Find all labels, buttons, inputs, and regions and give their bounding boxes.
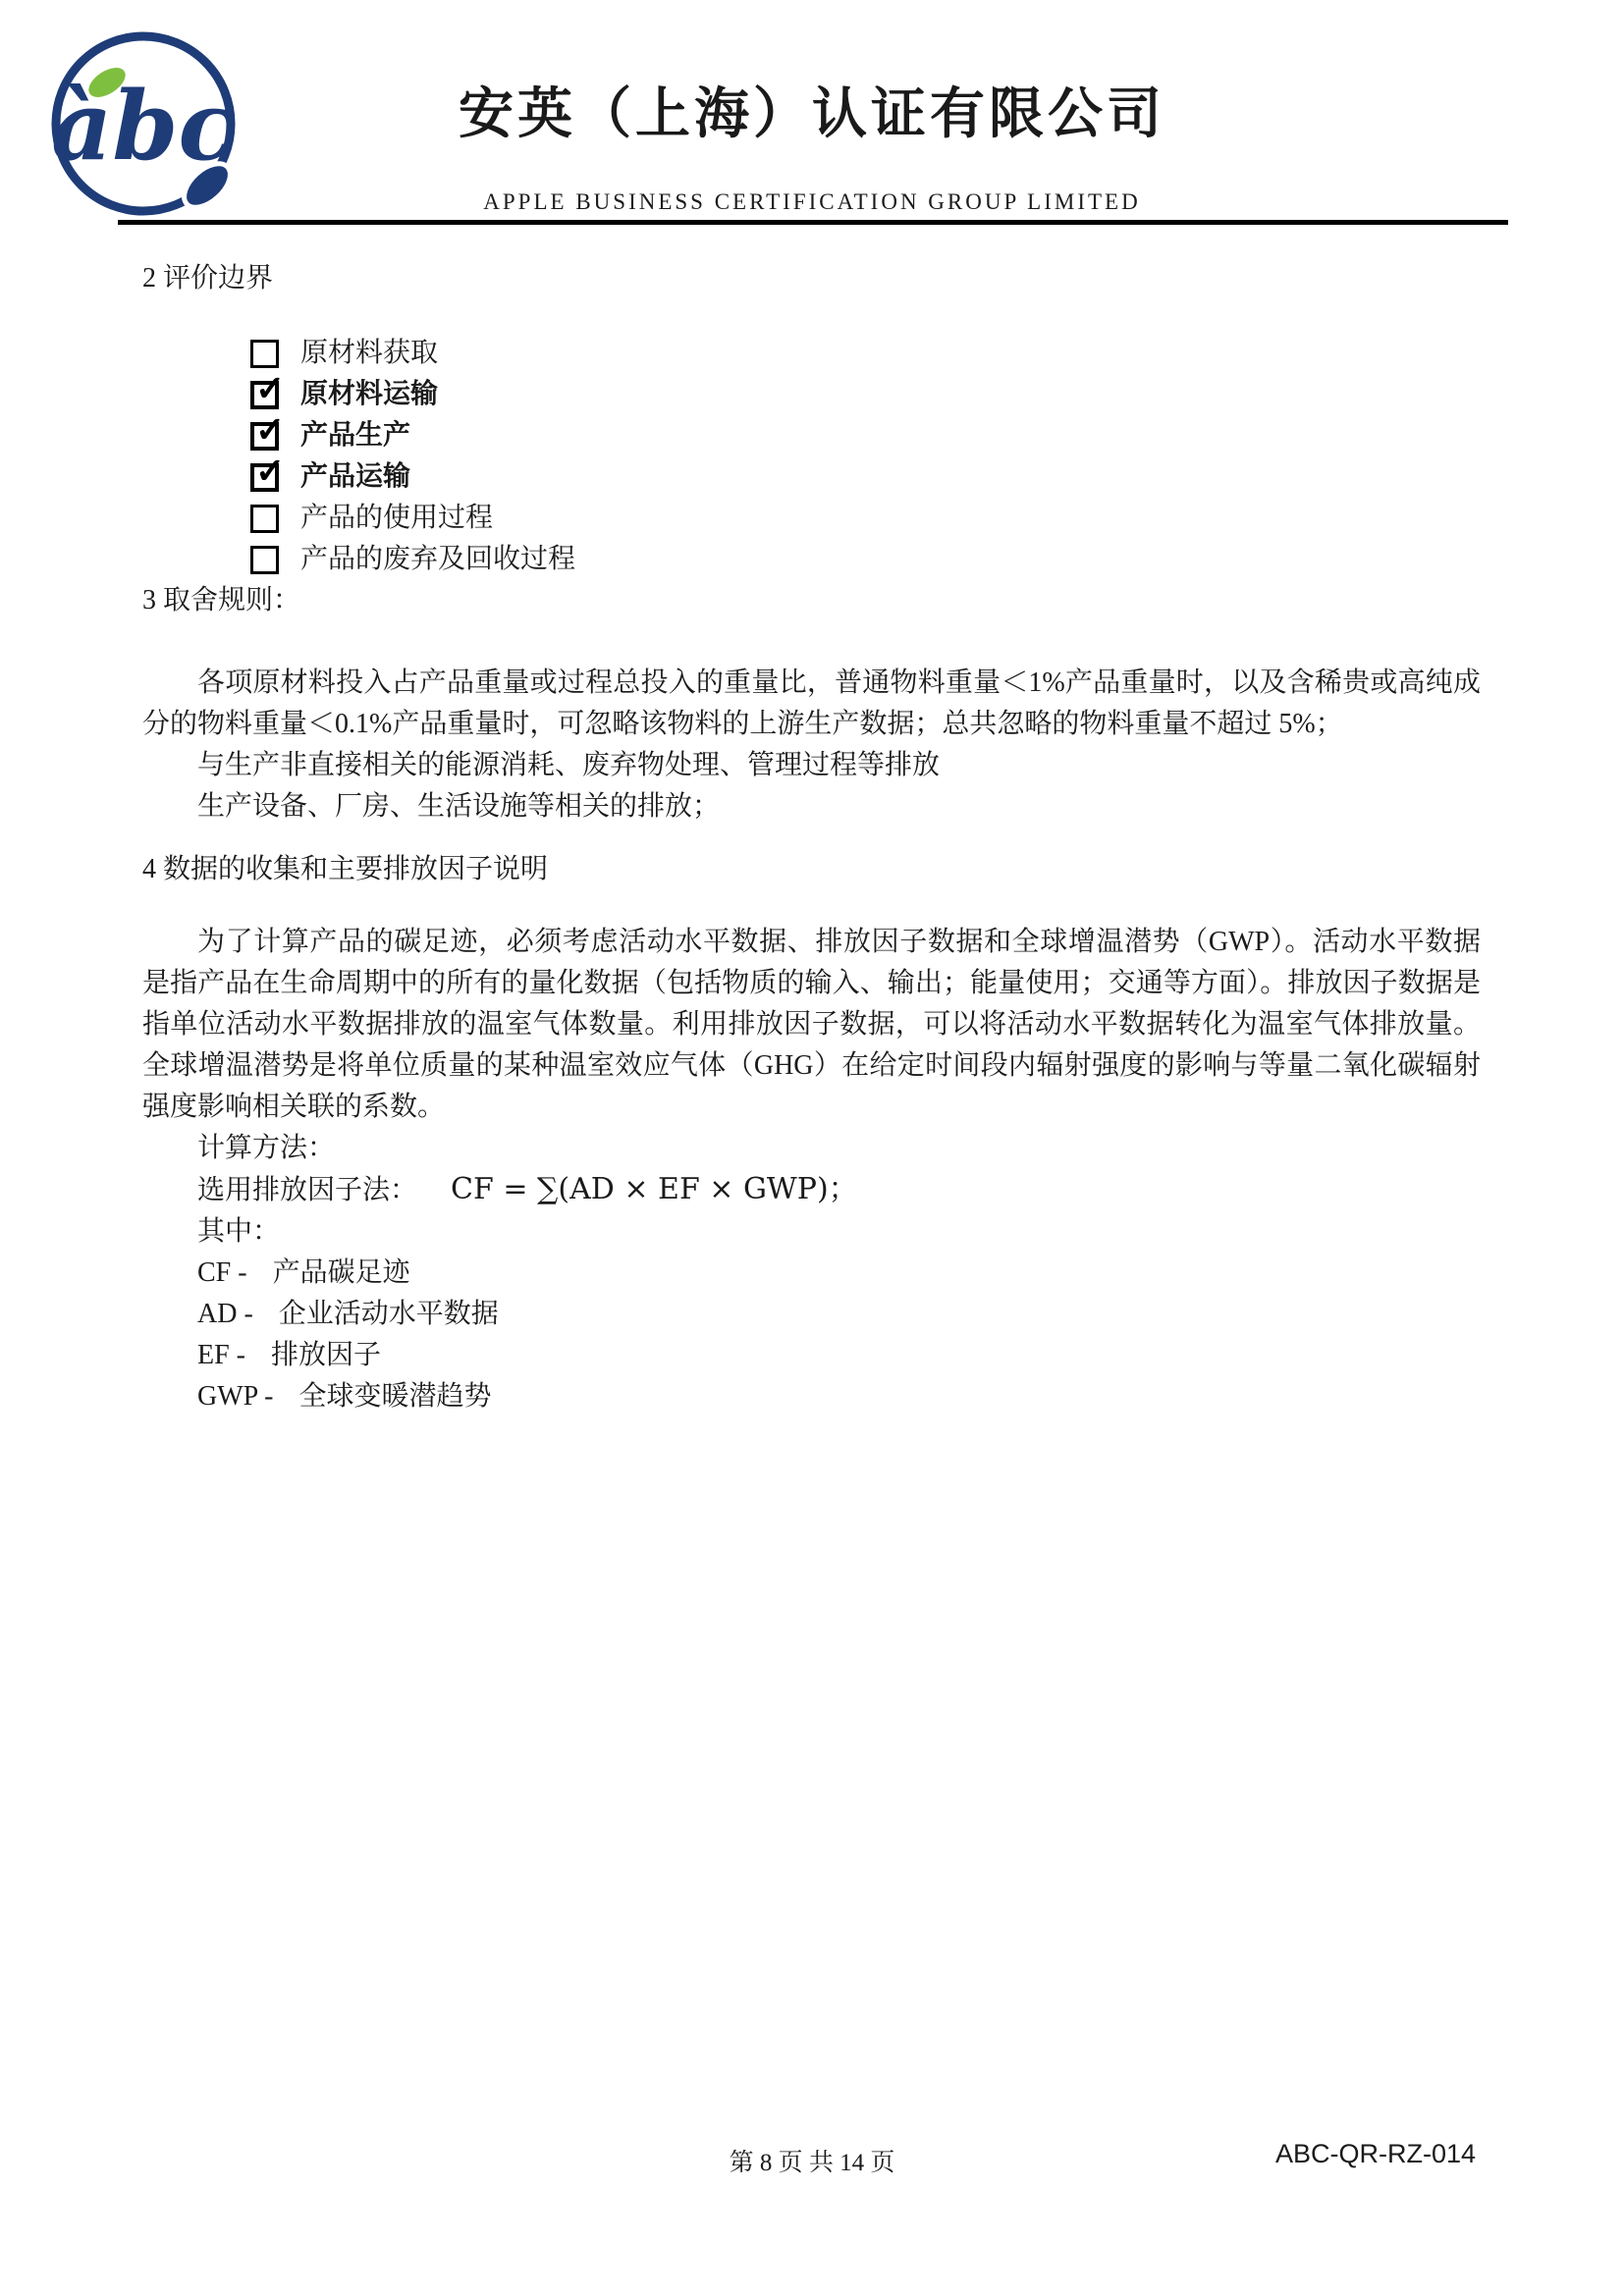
formula-method-label: 选用排放因子法： bbox=[197, 1175, 417, 1205]
checkbox-icon bbox=[250, 463, 279, 492]
checkbox-raw-material-acquisition[interactable]: 原材料获取 bbox=[250, 333, 1481, 374]
evaluation-boundary-checklist: 原材料获取 原材料运输 产品生产 产品运输 产品的使用过程 产品的废弃及回收过程 bbox=[142, 333, 1481, 580]
company-name-chinese: 安英（上海）认证有限公司 bbox=[0, 71, 1624, 149]
definition-desc: 排放因子 bbox=[271, 1340, 381, 1370]
section-4-heading: 4 数据的收集和主要排放因子说明 bbox=[142, 849, 1481, 890]
definition-cf: CF -产品碳足迹 bbox=[142, 1253, 1481, 1294]
checkbox-product-transport[interactable]: 产品运输 bbox=[250, 456, 1481, 498]
checkbox-product-use-process[interactable]: 产品的使用过程 bbox=[250, 498, 1481, 539]
definition-ef: EF -排放因子 bbox=[142, 1335, 1481, 1376]
checkbox-label: 产品的使用过程 bbox=[300, 498, 493, 539]
emission-factor-formula-line: 选用排放因子法：CF = ∑(AD × EF × GWP)； bbox=[142, 1169, 1481, 1211]
checkbox-icon bbox=[250, 505, 279, 533]
company-name-english: APPLE BUSINESS CERTIFICATION GROUP LIMIT… bbox=[0, 189, 1624, 215]
checkbox-label: 原材料获取 bbox=[300, 333, 438, 374]
definition-desc: 全球变暖潜趋势 bbox=[299, 1381, 492, 1412]
carbon-footprint-formula: CF = ∑(AD × EF × GWP)； bbox=[451, 1172, 858, 1206]
definition-term: CF - bbox=[197, 1257, 247, 1288]
document-body: 2 评价边界 原材料获取 原材料运输 产品生产 产品运输 产品的使用过程 bbox=[142, 240, 1481, 1417]
checkbox-label: 产品运输 bbox=[300, 456, 410, 498]
definition-term: GWP - bbox=[197, 1381, 274, 1412]
definition-ad: AD -企业活动水平数据 bbox=[142, 1294, 1481, 1335]
among-label: 其中： bbox=[142, 1211, 1481, 1253]
definition-term: AD - bbox=[197, 1299, 253, 1329]
definition-desc: 产品碳足迹 bbox=[273, 1257, 410, 1288]
checkbox-icon bbox=[250, 381, 279, 409]
checkbox-product-production[interactable]: 产品生产 bbox=[250, 415, 1481, 456]
checkbox-label: 产品生产 bbox=[300, 415, 410, 456]
checkbox-icon bbox=[250, 422, 279, 451]
checkbox-icon bbox=[250, 340, 279, 368]
data-collection-paragraph: 为了计算产品的碳足迹，必须考虑活动水平数据、排放因子数据和全球增温潜势（GWP）… bbox=[142, 922, 1481, 1128]
cutoff-rules-line-2: 与生产非直接相关的能源消耗、废弃物处理、管理过程等排放 bbox=[142, 745, 1481, 786]
document-page: àbc 安英（上海）认证有限公司 APPLE BUSINESS CERTIFIC… bbox=[0, 0, 1624, 2296]
header-divider bbox=[118, 220, 1508, 225]
checkbox-label: 产品的废弃及回收过程 bbox=[300, 539, 575, 580]
checkbox-product-disposal-recycle[interactable]: 产品的废弃及回收过程 bbox=[250, 539, 1481, 580]
definition-term: EF - bbox=[197, 1340, 245, 1370]
definition-gwp: GWP -全球变暖潜趋势 bbox=[142, 1376, 1481, 1417]
cutoff-rules-paragraph: 各项原材料投入占产品重量或过程总投入的重量比，普通物料重量＜1%产品重量时，以及… bbox=[142, 663, 1481, 745]
section-3-heading: 3 取舍规则： bbox=[142, 580, 1481, 621]
definition-desc: 企业活动水平数据 bbox=[279, 1299, 499, 1329]
calc-method-label: 计算方法： bbox=[142, 1128, 1481, 1169]
checkbox-raw-material-transport[interactable]: 原材料运输 bbox=[250, 374, 1481, 415]
cutoff-rules-line-3: 生产设备、厂房、生活设施等相关的排放； bbox=[142, 786, 1481, 828]
checkbox-label: 原材料运输 bbox=[300, 374, 438, 415]
section-2-heading: 2 评价边界 bbox=[142, 258, 1481, 299]
checkbox-icon bbox=[250, 546, 279, 574]
document-code: ABC-QR-RZ-014 bbox=[1275, 2139, 1476, 2169]
